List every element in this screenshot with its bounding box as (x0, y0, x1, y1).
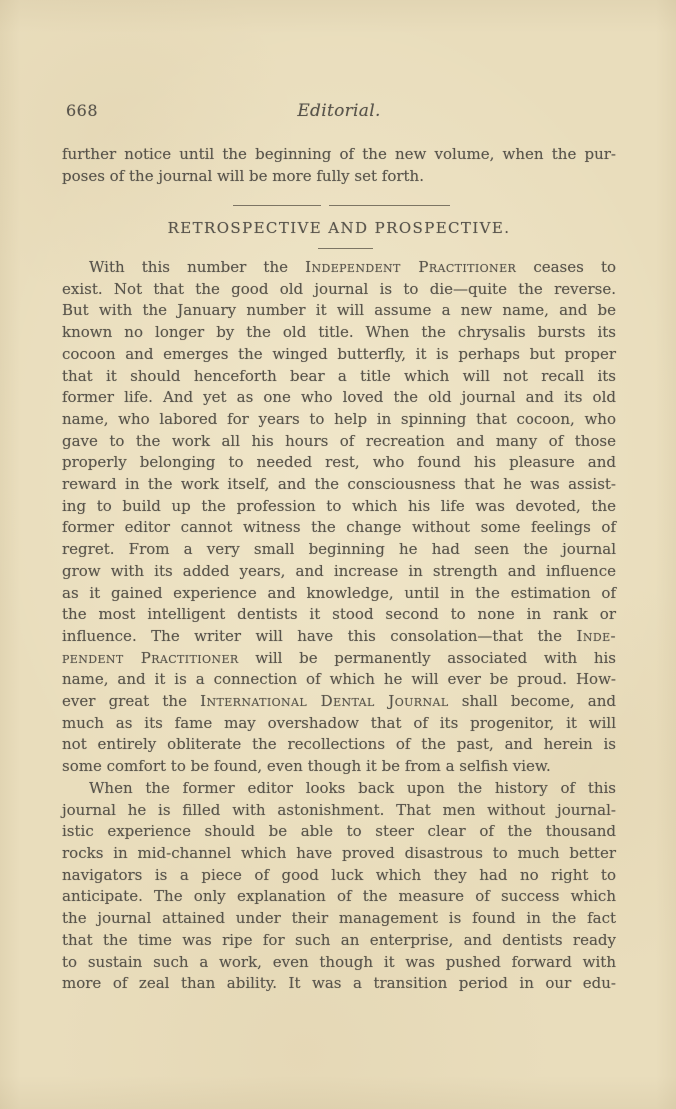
text-line: anticipate. The only explanation of the … (62, 886, 616, 908)
text-segment: as it gained experience and knowledge, u… (62, 584, 616, 602)
text-segment: With this number the (89, 258, 305, 276)
text-line: poses of the journal will be more fully … (62, 166, 616, 188)
intro-paragraph: further notice until the beginning of th… (62, 144, 616, 187)
text-segment: former editor cannot witness the change … (62, 518, 616, 536)
text-line: pendent Practitioner will be permanently… (62, 648, 616, 670)
text-line: When the former editor looks back upon t… (62, 778, 616, 800)
body-paragraph-2: When the former editor looks back upon t… (62, 778, 616, 995)
text-line: journal he is filled with astonishment. … (62, 800, 616, 822)
body-paragraph-1: With this number the Independent Practit… (62, 257, 616, 778)
text-line: former editor cannot witness the change … (62, 517, 616, 539)
text-line: much as its fame may overshadow that of … (62, 713, 616, 735)
text-segment: to sustain such a work, even though it w… (62, 953, 616, 971)
text-segment: ever great the (62, 692, 200, 710)
text-line: the journal attained under their managem… (62, 908, 616, 930)
text-segment: the most intelligent dentists it stood s… (62, 605, 616, 623)
text-line: properly belonging to needed rest, who f… (62, 452, 616, 474)
text-segment: more of zeal than ability. It was a tran… (62, 974, 616, 992)
text-segment: navigators is a piece of good luck which… (62, 866, 616, 884)
text-line: that the time was ripe for such an enter… (62, 930, 616, 952)
text-line: influence. The writer will have this con… (62, 626, 616, 648)
text-segment: the journal attained under their managem… (62, 909, 616, 927)
section-divider-left-rule (233, 205, 321, 206)
text-segment: gave to the work all his hours of recrea… (62, 432, 616, 450)
text-segment: that it should henceforth bear a title w… (62, 367, 616, 385)
text-segment: exist. Not that the good old journal is … (62, 280, 616, 298)
text-line: known no longer by the old title. When t… (62, 322, 616, 344)
text-segment: cocoon and emerges the winged butterfly,… (62, 345, 616, 363)
text-line: to sustain such a work, even though it w… (62, 952, 616, 974)
text-segment: not entirely obliterate the recollection… (62, 735, 616, 753)
page-header: 668 Editorial. (62, 101, 616, 125)
small-caps-text: Inde- (577, 627, 616, 645)
text-line: some comfort to be found, even though it… (62, 756, 616, 778)
text-segment: ing to build up the profession to which … (62, 497, 616, 515)
text-segment: name, who labored for years to help in s… (62, 410, 616, 428)
text-segment: ceases to (516, 258, 616, 276)
text-line: the most intelligent dentists it stood s… (62, 604, 616, 626)
text-line: regret. From a very small beginning he h… (62, 539, 616, 561)
text-line: ever great the International Dental Jour… (62, 691, 616, 713)
text-line: more of zeal than ability. It was a tran… (62, 973, 616, 995)
text-line: that it should henceforth bear a title w… (62, 366, 616, 388)
text-segment: much as its fame may overshadow that of … (62, 714, 616, 732)
text-segment: further notice until the beginning of th… (62, 145, 616, 163)
text-line: grow with its added years, and increase … (62, 561, 616, 583)
text-line: cocoon and emerges the winged butterfly,… (62, 344, 616, 366)
text-segment: shall become, and (449, 692, 616, 710)
small-caps-text: International Dental Journal (200, 692, 448, 710)
text-line: name, and it is a connection of which he… (62, 669, 616, 691)
text-segment: journal he is filled with astonishment. … (62, 801, 616, 819)
text-line: gave to the work all his hours of recrea… (62, 431, 616, 453)
scanned-page: 668 Editorial. further notice until the … (0, 0, 676, 1109)
text-segment: regret. From a very small beginning he h… (62, 540, 616, 558)
text-line: not entirely obliterate the recollection… (62, 734, 616, 756)
text-line: But with the January number it will assu… (62, 300, 616, 322)
running-head: Editorial. (62, 101, 616, 121)
text-segment: properly belonging to needed rest, who f… (62, 453, 616, 471)
text-segment: will be permanently associated with his (239, 649, 616, 667)
text-segment: that the time was ripe for such an enter… (62, 931, 616, 949)
text-line: navigators is a piece of good luck which… (62, 865, 616, 887)
text-line: rocks in mid-channel which have proved d… (62, 843, 616, 865)
text-segment: influence. The writer will have this con… (62, 627, 577, 645)
text-line: reward in the work itself, and the consc… (62, 474, 616, 496)
text-line: istic experience should be able to steer… (62, 821, 616, 843)
text-line: ing to build up the profession to which … (62, 496, 616, 518)
text-segment: istic experience should be able to steer… (62, 822, 616, 840)
small-caps-text: pendent Practitioner (62, 649, 239, 667)
text-segment: former life. And yet as one who loved th… (62, 388, 616, 406)
text-line: exist. Not that the good old journal is … (62, 279, 616, 301)
text-line: name, who labored for years to help in s… (62, 409, 616, 431)
text-segment: name, and it is a connection of which he… (62, 670, 616, 688)
text-segment: some comfort to be found, even though it… (62, 757, 551, 775)
text-segment: rocks in mid-channel which have proved d… (62, 844, 616, 862)
text-segment: reward in the work itself, and the consc… (62, 475, 616, 493)
text-line: With this number the Independent Practit… (62, 257, 616, 279)
article-body: With this number the Independent Practit… (62, 257, 616, 995)
section-heading: RETROSPECTIVE AND PROSPECTIVE. (62, 219, 616, 237)
small-caps-text: Independent Practitioner (305, 258, 516, 276)
text-segment: grow with its added years, and increase … (62, 562, 616, 580)
text-segment: anticipate. The only explanation of the … (62, 887, 616, 905)
section-divider-right-rule (329, 205, 450, 206)
text-segment: When the former editor looks back upon t… (89, 779, 616, 797)
heading-underline-rule (318, 248, 373, 249)
text-line: further notice until the beginning of th… (62, 144, 616, 166)
text-segment: poses of the journal will be more fully … (62, 167, 424, 185)
text-segment: But with the January number it will assu… (62, 301, 616, 319)
text-line: former life. And yet as one who loved th… (62, 387, 616, 409)
text-line: as it gained experience and knowledge, u… (62, 583, 616, 605)
text-segment: known no longer by the old title. When t… (62, 323, 616, 341)
